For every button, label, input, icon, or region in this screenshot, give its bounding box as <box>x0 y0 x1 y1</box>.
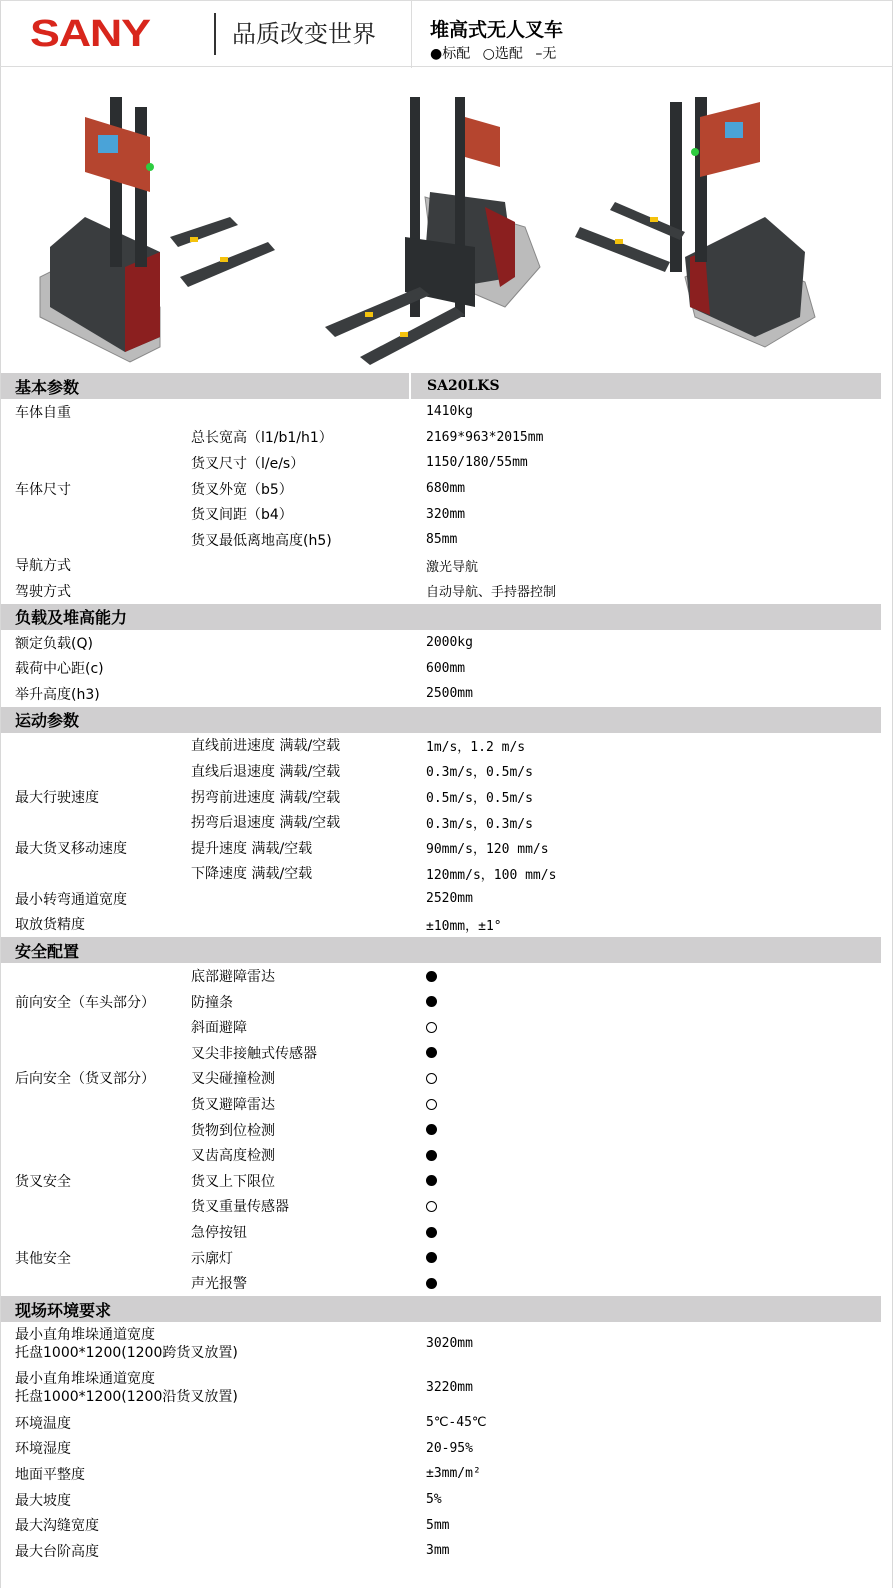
row-item-label: 直线前进速度 满载/空载 <box>191 733 410 759</box>
table-row: 其他安全示廓灯 <box>1 1245 881 1271</box>
row-group-label: 最小直角堆垛通道宽度托盘1000*1200(1200沿货叉放置) <box>1 1366 410 1410</box>
row-group-label: 最大行驶速度 <box>1 784 191 810</box>
table-row: 最小转弯通道宽度2520mm <box>1 886 881 912</box>
section-header: 现场环境要求 <box>1 1296 881 1322</box>
row-value: 1m/s，1.2 m/s <box>410 733 881 759</box>
row-group-label <box>1 963 191 989</box>
table-row: 货叉间距（b4）320mm <box>1 501 881 527</box>
row-group-label <box>1 861 191 887</box>
table-row: 最小直角堆垛通道宽度托盘1000*1200(1200跨货叉放置)3020mm <box>1 1322 881 1366</box>
row-group-label: 最大货叉移动速度 <box>1 835 191 861</box>
table-row: 取放货精度±10mm，±1° <box>1 912 881 938</box>
row-group-label: 最小转弯通道宽度 <box>1 886 191 912</box>
row-item-label: 示廓灯 <box>191 1245 410 1271</box>
row-value: 2169*963*2015mm <box>410 425 881 451</box>
row-value: 2520mm <box>410 886 881 912</box>
row-value: 0.5m/s，0.5m/s <box>410 784 881 810</box>
row-value: 3020mm <box>410 1322 881 1366</box>
config-indicator <box>410 989 881 1015</box>
row-item-label: 货叉间距（b4） <box>191 501 410 527</box>
row-group-label: 后向安全（货叉部分） <box>1 1066 191 1092</box>
row-value: 3mm <box>410 1538 881 1564</box>
row-value: 320mm <box>410 501 881 527</box>
row-group-label: 最大坡度 <box>1 1487 191 1513</box>
row-value: 90mm/s，120 mm/s <box>410 835 881 861</box>
row-item-label <box>191 1538 410 1564</box>
config-indicator <box>410 1219 881 1245</box>
row-item-label <box>191 399 410 425</box>
table-row: 急停按钮 <box>1 1219 881 1245</box>
row-item-label: 下降速度 满载/空载 <box>191 861 410 887</box>
standard-dot-icon <box>426 1278 437 1289</box>
section-header-blank <box>410 937 881 963</box>
row-group-label <box>1 1014 191 1040</box>
row-group-label <box>1 450 191 476</box>
row-item-label <box>191 578 410 604</box>
section-header: 运动参数 <box>1 707 881 733</box>
table-row: 后向安全（货叉部分）叉尖碰撞检测 <box>1 1066 881 1092</box>
row-value: 120mm/s，100 mm/s <box>410 861 881 887</box>
table-row: 驾驶方式自动导航、手持器控制 <box>1 578 881 604</box>
legend: ●标配 ○选配 –无 <box>430 45 564 63</box>
section-header: 基本参数SA20LKS <box>1 373 881 399</box>
section-header: 负载及堆高能力 <box>1 604 881 630</box>
table-row: 环境湿度20-95% <box>1 1436 881 1462</box>
row-value: 3220mm <box>410 1366 881 1410</box>
config-indicator <box>410 1014 881 1040</box>
row-group-label: 最大沟缝宽度 <box>1 1512 191 1538</box>
row-item-label <box>191 1461 410 1487</box>
row-item-label: 货叉重量传感器 <box>191 1194 410 1220</box>
row-value: 2000kg <box>410 630 881 656</box>
table-row: 地面平整度±3mm/m² <box>1 1461 881 1487</box>
row-group-label: 驾驶方式 <box>1 578 191 604</box>
row-group-label <box>1 1194 191 1220</box>
row-group-label <box>1 501 191 527</box>
row-item-label: 斜面避障 <box>191 1014 410 1040</box>
row-value: 0.3m/s，0.5m/s <box>410 758 881 784</box>
row-value: 5℃-45℃ <box>410 1410 881 1436</box>
row-value: ±3mm/m² <box>410 1461 881 1487</box>
product-title: 堆高式无人叉车 <box>430 18 563 42</box>
table-row: 底部避障雷达 <box>1 963 881 989</box>
row-item-label <box>191 655 410 681</box>
table-row: 货叉尺寸（l/e/s）1150/180/55mm <box>1 450 881 476</box>
section-title: 负载及堆高能力 <box>1 604 410 630</box>
row-item-label <box>191 1410 410 1436</box>
table-row: 叉尖非接触式传感器 <box>1 1040 881 1066</box>
table-row: 最小直角堆垛通道宽度托盘1000*1200(1200沿货叉放置)3220mm <box>1 1366 881 1410</box>
forklift-front-left-view-image <box>10 77 290 367</box>
table-row: 斜面避障 <box>1 1014 881 1040</box>
optional-circle-icon <box>426 1073 437 1084</box>
row-group-label: 车体自重 <box>1 399 191 425</box>
section-header: 安全配置 <box>1 937 881 963</box>
row-item-label: 货物到位检测 <box>191 1117 410 1143</box>
standard-dot-icon <box>426 1047 437 1058</box>
row-item-label: 声光报警 <box>191 1270 410 1296</box>
row-value: 5mm <box>410 1512 881 1538</box>
config-indicator <box>410 1040 881 1066</box>
row-group-label <box>1 733 191 759</box>
model-name: SA20LKS <box>410 373 881 399</box>
forklift-front-right-view-image <box>575 77 855 367</box>
table-row: 下降速度 满载/空载120mm/s，100 mm/s <box>1 861 881 887</box>
legend-standard: ●标配 <box>430 46 470 62</box>
row-group-label: 车体尺寸 <box>1 476 191 502</box>
legend-optional: ○选配 <box>483 46 523 62</box>
row-group-label <box>1 527 191 553</box>
table-row: 货物到位检测 <box>1 1117 881 1143</box>
row-value: 680mm <box>410 476 881 502</box>
row-value: 2500mm <box>410 681 881 707</box>
row-item-label: 货叉外宽（b5） <box>191 476 410 502</box>
table-row: 总长宽高（l1/b1/h1）2169*963*2015mm <box>1 425 881 451</box>
config-indicator <box>410 1117 881 1143</box>
table-row: 载荷中心距(c)600mm <box>1 655 881 681</box>
config-indicator <box>410 1091 881 1117</box>
config-indicator <box>410 1066 881 1092</box>
row-group-label: 环境湿度 <box>1 1436 191 1462</box>
row-group-label: 取放货精度 <box>1 912 191 938</box>
table-row: 最大货叉移动速度提升速度 满载/空载90mm/s，120 mm/s <box>1 835 881 861</box>
standard-dot-icon <box>426 996 437 1007</box>
logo-divider <box>214 13 216 55</box>
config-indicator <box>410 963 881 989</box>
table-row: 导航方式激光导航 <box>1 553 881 579</box>
table-row: 货叉重量传感器 <box>1 1194 881 1220</box>
row-item-label <box>191 1487 410 1513</box>
row-group-label <box>1 1270 191 1296</box>
row-group-label <box>1 758 191 784</box>
row-group-label <box>1 1142 191 1168</box>
section-header-blank <box>410 604 881 630</box>
row-group-label <box>1 425 191 451</box>
row-group-label: 其他安全 <box>1 1245 191 1271</box>
standard-dot-icon <box>426 971 437 982</box>
standard-dot-icon <box>426 1150 437 1161</box>
legend-none: –无 <box>535 46 556 62</box>
row-value: 激光导航 <box>410 553 881 579</box>
slogan: 品质改变世界 <box>232 19 376 49</box>
config-indicator <box>410 1142 881 1168</box>
row-group-label <box>1 1117 191 1143</box>
table-row: 声光报警 <box>1 1270 881 1296</box>
forklift-rear-view-image <box>305 77 585 367</box>
row-item-label: 急停按钮 <box>191 1219 410 1245</box>
row-item-label: 提升速度 满载/空载 <box>191 835 410 861</box>
row-value: 自动导航、手持器控制 <box>410 578 881 604</box>
standard-dot-icon <box>426 1227 437 1238</box>
table-row: 环境温度5℃-45℃ <box>1 1410 881 1436</box>
row-value: 600mm <box>410 655 881 681</box>
standard-dot-icon <box>426 1252 437 1263</box>
row-group-label <box>1 809 191 835</box>
row-group-label <box>1 1040 191 1066</box>
section-header-blank <box>410 1296 881 1322</box>
table-row: 车体尺寸货叉外宽（b5）680mm <box>1 476 881 502</box>
optional-circle-icon <box>426 1022 437 1033</box>
row-group-label <box>1 1091 191 1117</box>
config-indicator <box>410 1168 881 1194</box>
section-title: 基本参数 <box>1 373 410 399</box>
row-value: 5% <box>410 1487 881 1513</box>
row-group-label: 举升高度(h3) <box>1 681 191 707</box>
row-item-label <box>191 912 410 938</box>
row-value: ±10mm，±1° <box>410 912 881 938</box>
row-group-label: 额定负载(Q) <box>1 630 191 656</box>
table-row: 额定负载(Q)2000kg <box>1 630 881 656</box>
row-group-label: 最小直角堆垛通道宽度托盘1000*1200(1200跨货叉放置) <box>1 1322 410 1366</box>
sany-logo: SANY <box>30 15 150 53</box>
row-value: 85mm <box>410 527 881 553</box>
table-row: 叉齿高度检测 <box>1 1142 881 1168</box>
table-row: 车体自重1410kg <box>1 399 881 425</box>
row-group-label: 导航方式 <box>1 553 191 579</box>
section-title: 运动参数 <box>1 707 410 733</box>
row-value: 1410kg <box>410 399 881 425</box>
config-indicator <box>410 1270 881 1296</box>
row-group-label: 货叉安全 <box>1 1168 191 1194</box>
table-row: 直线前进速度 满载/空载1m/s，1.2 m/s <box>1 733 881 759</box>
row-group-label: 最大台阶高度 <box>1 1538 191 1564</box>
table-row: 最大台阶高度3mm <box>1 1538 881 1564</box>
row-item-label: 直线后退速度 满载/空载 <box>191 758 410 784</box>
row-item-label: 叉尖非接触式传感器 <box>191 1040 410 1066</box>
config-indicator <box>410 1194 881 1220</box>
standard-dot-icon <box>426 1124 437 1135</box>
table-row: 货叉安全货叉上下限位 <box>1 1168 881 1194</box>
section-header-blank <box>410 707 881 733</box>
row-item-label: 拐弯前进速度 满载/空载 <box>191 784 410 810</box>
row-group-label: 前向安全（车头部分） <box>1 989 191 1015</box>
row-item-label: 底部避障雷达 <box>191 963 410 989</box>
row-value: 0.3m/s，0.3m/s <box>410 809 881 835</box>
table-row: 直线后退速度 满载/空载0.3m/s，0.5m/s <box>1 758 881 784</box>
row-item-label <box>191 681 410 707</box>
row-group-label: 地面平整度 <box>1 1461 191 1487</box>
row-item-label <box>191 886 410 912</box>
row-item-label: 货叉避障雷达 <box>191 1091 410 1117</box>
row-item-label: 叉尖碰撞检测 <box>191 1066 410 1092</box>
table-row: 最大坡度5% <box>1 1487 881 1513</box>
row-group-label: 载荷中心距(c) <box>1 655 191 681</box>
table-row: 拐弯后退速度 满载/空载0.3m/s，0.3m/s <box>1 809 881 835</box>
row-group-label: 环境温度 <box>1 1410 191 1436</box>
table-row: 最大行驶速度拐弯前进速度 满载/空载0.5m/s，0.5m/s <box>1 784 881 810</box>
row-item-label: 货叉上下限位 <box>191 1168 410 1194</box>
row-value: 1150/180/55mm <box>410 450 881 476</box>
row-item-label <box>191 630 410 656</box>
spec-table: 基本参数SA20LKS车体自重1410kg总长宽高（l1/b1/h1）2169*… <box>1 373 881 1564</box>
standard-dot-icon <box>426 1175 437 1186</box>
row-group-label <box>1 1219 191 1245</box>
row-item-label <box>191 1436 410 1462</box>
row-value: 20-95% <box>410 1436 881 1462</box>
section-title: 现场环境要求 <box>1 1296 410 1322</box>
table-row: 货叉避障雷达 <box>1 1091 881 1117</box>
table-row: 货叉最低离地高度(h5)85mm <box>1 527 881 553</box>
optional-circle-icon <box>426 1201 437 1212</box>
row-item-label <box>191 553 410 579</box>
row-item-label: 叉齿高度检测 <box>191 1142 410 1168</box>
config-indicator <box>410 1245 881 1271</box>
table-row: 最大沟缝宽度5mm <box>1 1512 881 1538</box>
table-row: 前向安全（车头部分）防撞条 <box>1 989 881 1015</box>
row-item-label: 总长宽高（l1/b1/h1） <box>191 425 410 451</box>
row-item-label: 防撞条 <box>191 989 410 1015</box>
optional-circle-icon <box>426 1099 437 1110</box>
header-divider <box>411 1 412 68</box>
row-item-label: 拐弯后退速度 满载/空载 <box>191 809 410 835</box>
section-title: 安全配置 <box>1 937 410 963</box>
header: SANY 品质改变世界 堆高式无人叉车 ●标配 ○选配 –无 <box>0 0 893 67</box>
row-item-label: 货叉最低离地高度(h5) <box>191 527 410 553</box>
product-images <box>0 67 893 373</box>
row-item-label <box>191 1512 410 1538</box>
row-item-label: 货叉尺寸（l/e/s） <box>191 450 410 476</box>
table-row: 举升高度(h3)2500mm <box>1 681 881 707</box>
